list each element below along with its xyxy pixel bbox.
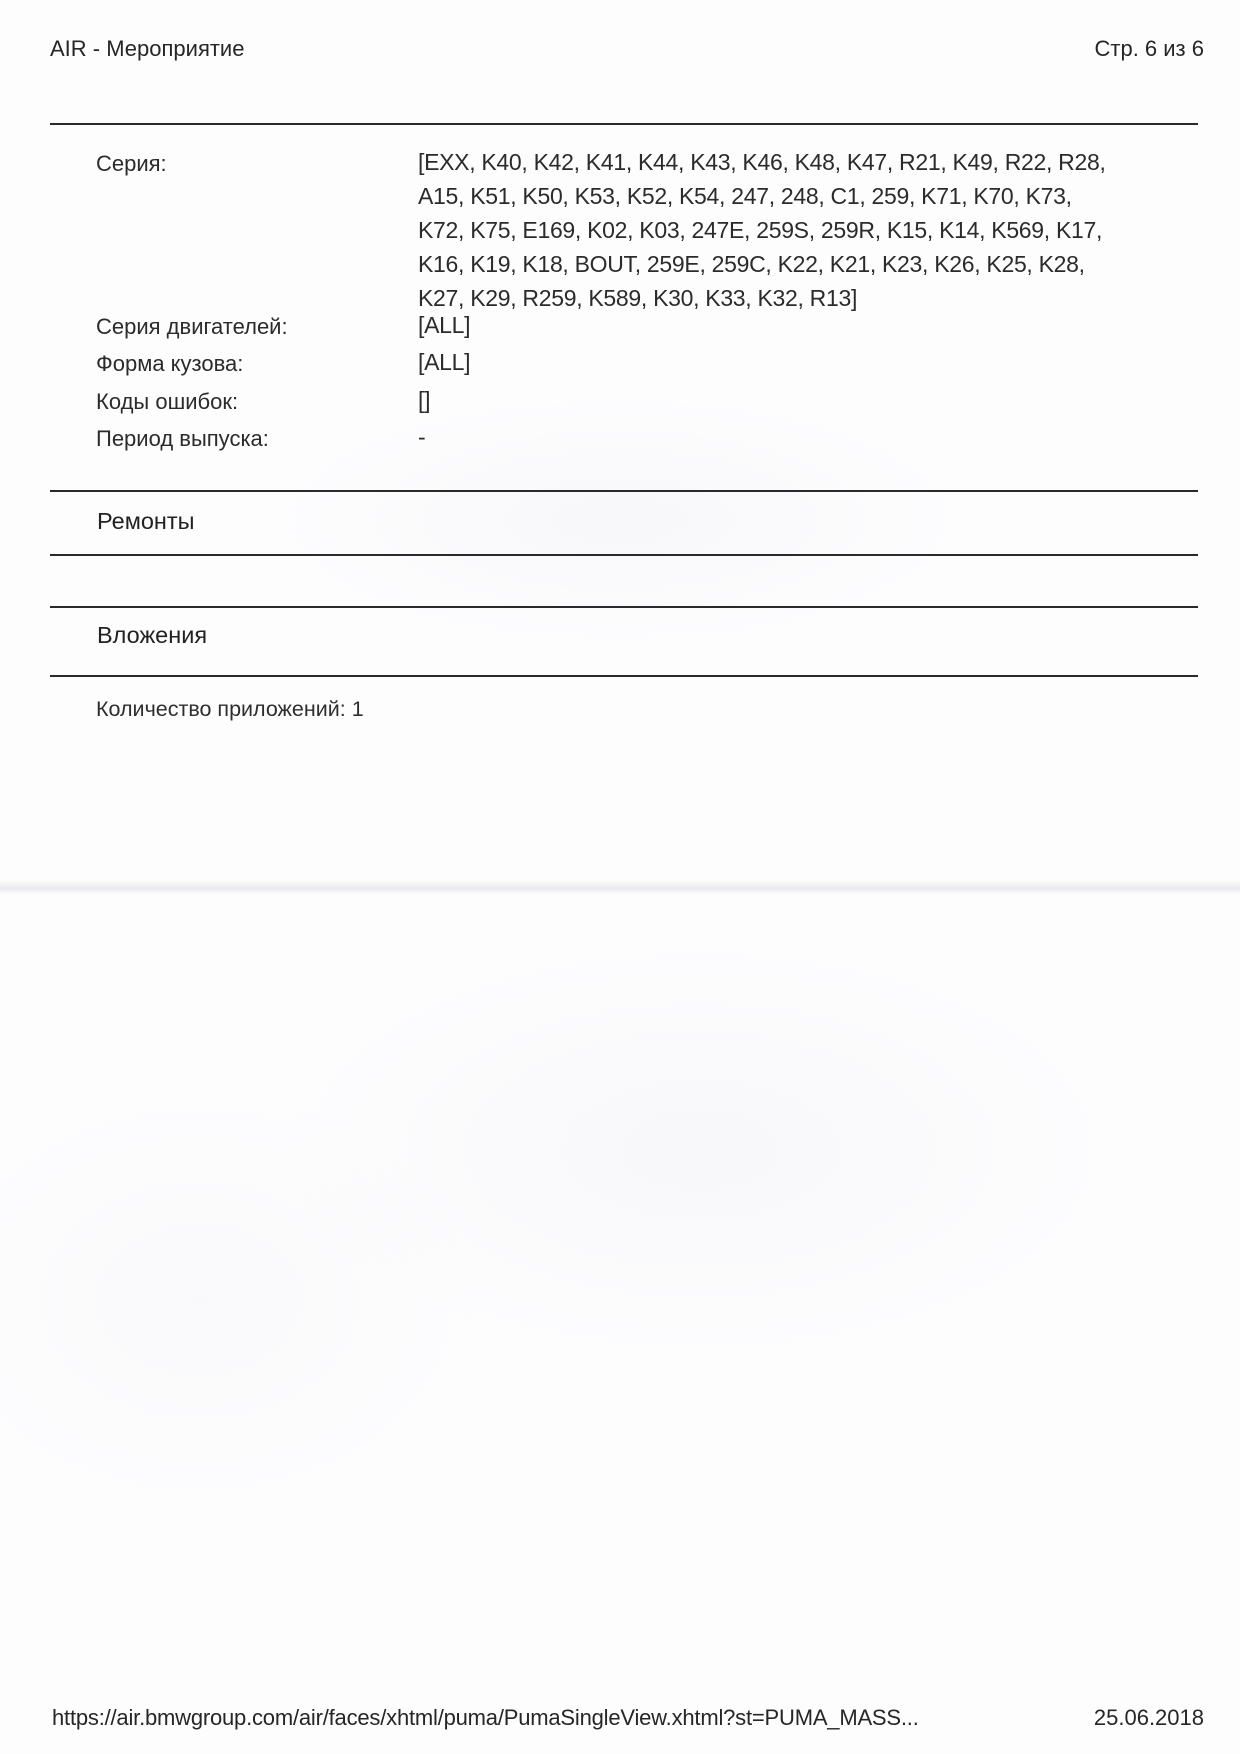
series-value-line: [EXX, K40, K42, K41, K44, K43, K46, K48,… <box>418 145 1178 179</box>
repairs-section-title: Ремонты <box>97 508 195 535</box>
body-type-label: Форма кузова: <box>96 351 243 377</box>
error-codes-value: [] <box>418 383 1178 417</box>
header-divider <box>50 123 1198 125</box>
engine-series-value: [ALL] <box>418 308 1178 342</box>
engine-series-label: Серия двигателей: <box>96 314 288 340</box>
production-period-label: Период выпуска: <box>96 426 269 452</box>
page-indicator: Стр. 6 из 6 <box>1095 36 1205 62</box>
document-title: AIR - Мероприятие <box>50 36 244 62</box>
section-divider <box>50 675 1198 677</box>
production-period-value: - <box>418 420 1178 454</box>
attachments-section-title: Вложения <box>97 622 207 649</box>
page-url: https://air.bmwgroup.com/air/faces/xhtml… <box>52 1705 919 1731</box>
series-label: Серия: <box>96 151 167 177</box>
section-divider <box>50 490 1198 492</box>
attachments-count: Количество приложений: 1 <box>96 697 364 722</box>
section-divider <box>50 606 1198 608</box>
series-value-line: A15, K51, K50, K53, K52, K54, 247, 248, … <box>418 179 1178 213</box>
paper-crease <box>0 880 1240 894</box>
series-value-line: K72, K75, E169, K02, K03, 247E, 259S, 25… <box>418 213 1178 247</box>
body-type-value: [ALL] <box>418 345 1178 379</box>
series-value-line: K16, K19, K18, BOUT, 259E, 259C, K22, K2… <box>418 247 1178 281</box>
series-value: [EXX, K40, K42, K41, K44, K43, K46, K48,… <box>418 145 1178 315</box>
section-divider <box>50 554 1198 556</box>
error-codes-label: Коды ошибок: <box>96 389 238 415</box>
print-date: 25.06.2018 <box>1094 1705 1204 1731</box>
